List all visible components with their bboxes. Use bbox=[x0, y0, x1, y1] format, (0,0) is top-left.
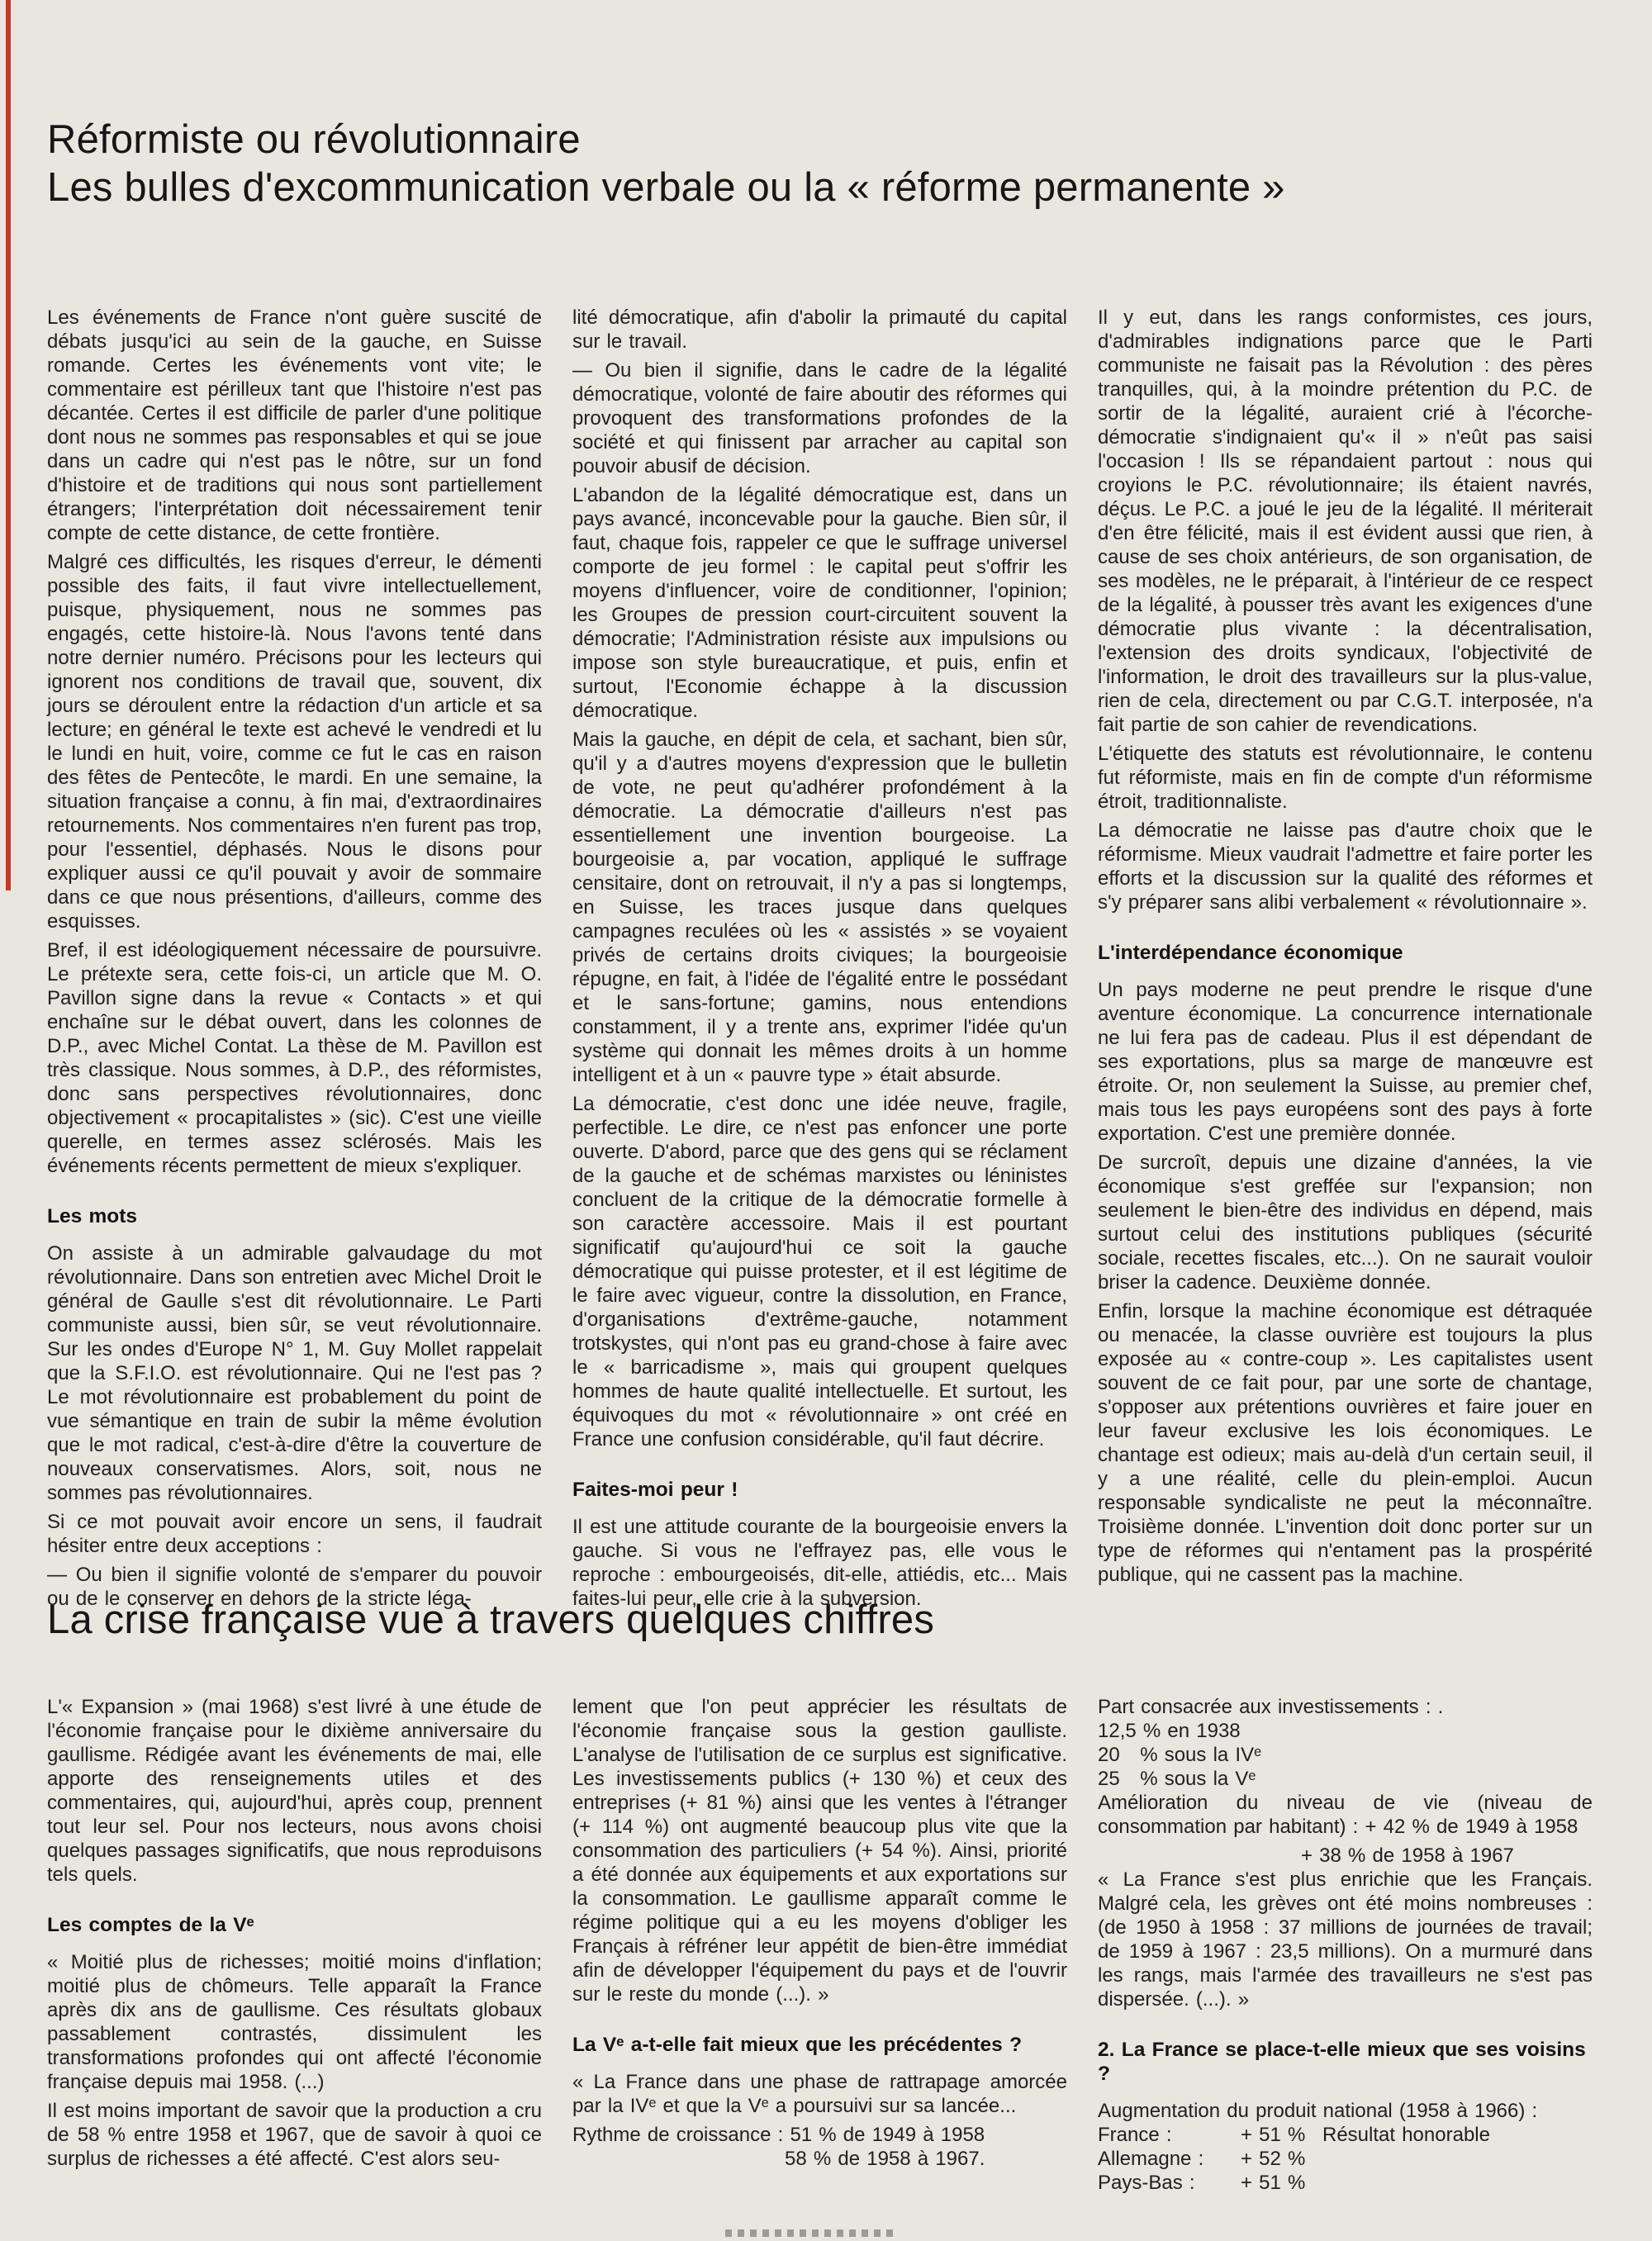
margin-red-line bbox=[6, 0, 11, 890]
subheading: Les mots bbox=[47, 1204, 542, 1228]
article2-title-line1: La crise française vue à travers quelque… bbox=[47, 1596, 934, 1644]
stat-line: Augmentation du produit national (1958 à… bbox=[1098, 2099, 1593, 2123]
article1-column-2: lité démocratique, afin d'abolir la prim… bbox=[572, 306, 1067, 1616]
paragraph: L'« Expansion » (mai 1968) s'est livré à… bbox=[47, 1695, 542, 1887]
article1-columns: Les événements de France n'ont guère sus… bbox=[47, 306, 1593, 1616]
stat-cell bbox=[1322, 2147, 1593, 2171]
stat-row: France :+ 51 %Résultat honorable bbox=[1098, 2123, 1593, 2147]
subheading: Les comptes de la Vᵉ bbox=[47, 1913, 542, 1937]
stat-row: Pays-Bas :+ 51 % bbox=[1098, 2171, 1593, 2195]
newspaper-page: Réformiste ou révolutionnaire Les bulles… bbox=[0, 0, 1652, 2241]
stat-line: + 38 % de 1958 à 1967 bbox=[1098, 1844, 1593, 1868]
stat-line: 12,5 % en 1938 bbox=[1098, 1719, 1593, 1743]
stat-line: Rythme de croissance : 51 % de 1949 à 19… bbox=[572, 2123, 1067, 2147]
article1-column-1: Les événements de France n'ont guère sus… bbox=[47, 306, 542, 1616]
subheading: L'interdépendance économique bbox=[1098, 941, 1593, 965]
paragraph: Il est moins important de savoir que la … bbox=[47, 2099, 542, 2171]
paragraph: De surcroît, depuis une dizaine d'années… bbox=[1098, 1151, 1593, 1294]
paragraph: L'abandon de la légalité démocratique es… bbox=[572, 483, 1067, 723]
paragraph: Amélioration du niveau de vie (niveau de… bbox=[1098, 1791, 1593, 1839]
paragraph: « La France s'est plus enrichie que les … bbox=[1098, 1868, 1593, 2011]
stat-row: Allemagne :+ 52 % bbox=[1098, 2147, 1593, 2171]
article1-column-3: Il y eut, dans les rangs conformistes, c… bbox=[1098, 306, 1593, 1592]
subheading: 2. La France se place-t-elle mieux que s… bbox=[1098, 2038, 1593, 2086]
stat-cell: + 51 % bbox=[1241, 2171, 1322, 2195]
article1-title: Réformiste ou révolutionnaire Les bulles… bbox=[47, 116, 1285, 211]
stat-line: 25 % sous la Vᵉ bbox=[1098, 1767, 1593, 1791]
paragraph: La démocratie, c'est donc une idée neuve… bbox=[572, 1092, 1067, 1451]
article2-columns: L'« Expansion » (mai 1968) s'est livré à… bbox=[47, 1695, 1593, 2195]
stat-cell: France : bbox=[1098, 2123, 1241, 2147]
paragraph: « Moitié plus de richesses; moitié moins… bbox=[47, 1950, 542, 2094]
stat-line: Part consacrée aux investissements : . bbox=[1098, 1695, 1593, 1719]
subheading: La Vᵉ a-t-elle fait mieux que les précéd… bbox=[572, 2033, 1067, 2057]
paragraph: Il y eut, dans les rangs conformistes, c… bbox=[1098, 306, 1593, 737]
stat-cell bbox=[1322, 2171, 1593, 2195]
paragraph: lité démocratique, afin d'abolir la prim… bbox=[572, 306, 1067, 354]
stat-line: 20 % sous la IVᵉ bbox=[1098, 1743, 1593, 1767]
article2-column-2: lement que l'on peut apprécier les résul… bbox=[572, 1695, 1067, 2171]
paragraph: — Ou bien il signifie, dans le cadre de … bbox=[572, 358, 1067, 478]
paragraph: lement que l'on peut apprécier les résul… bbox=[572, 1695, 1067, 2006]
stat-cell: Allemagne : bbox=[1098, 2147, 1241, 2171]
cropped-print-fragment bbox=[725, 2229, 895, 2237]
paragraph: Mais la gauche, en dépit de cela, et sac… bbox=[572, 728, 1067, 1087]
subheading: Faites-moi peur ! bbox=[572, 1478, 1067, 1502]
article2-title: La crise française vue à travers quelque… bbox=[47, 1596, 934, 1644]
paragraph: Si ce mot pouvait avoir encore un sens, … bbox=[47, 1510, 542, 1558]
paragraph: Malgré ces difficultés, les risques d'er… bbox=[47, 550, 542, 933]
article1-title-line1: Réformiste ou révolutionnaire bbox=[47, 116, 1285, 164]
paragraph: Un pays moderne ne peut prendre le risqu… bbox=[1098, 978, 1593, 1146]
stat-cell: Résultat honorable bbox=[1322, 2123, 1593, 2147]
paragraph: « La France dans une phase de rattrapage… bbox=[572, 2070, 1067, 2118]
stat-cell: + 51 % bbox=[1241, 2123, 1322, 2147]
paragraph: Enfin, lorsque la machine économique est… bbox=[1098, 1299, 1593, 1587]
paragraph: Les événements de France n'ont guère sus… bbox=[47, 306, 542, 545]
paragraph: On assiste à un admirable galvaudage du … bbox=[47, 1242, 542, 1505]
article1-title-line2: Les bulles d'excommunication verbale ou … bbox=[47, 164, 1285, 211]
paragraph: Bref, il est idéologiquement nécessaire … bbox=[47, 938, 542, 1178]
stat-cell: Pays-Bas : bbox=[1098, 2171, 1241, 2195]
paragraph: L'étiquette des statuts est révolutionna… bbox=[1098, 742, 1593, 814]
paragraph: La démocratie ne laisse pas d'autre choi… bbox=[1098, 819, 1593, 914]
article2-column-3: Part consacrée aux investissements : .12… bbox=[1098, 1695, 1593, 2195]
article2-column-1: L'« Expansion » (mai 1968) s'est livré à… bbox=[47, 1695, 542, 2176]
stat-line: 58 % de 1958 à 1967. bbox=[572, 2147, 1067, 2171]
stat-cell: + 52 % bbox=[1241, 2147, 1322, 2171]
